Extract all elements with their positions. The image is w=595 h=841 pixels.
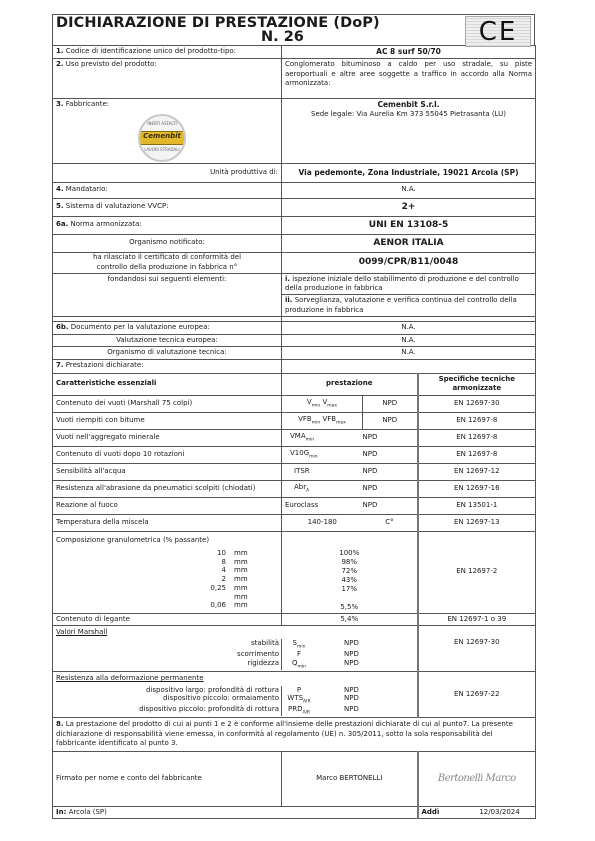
row-binder: Contenuto di legante 5,4% EN 12697-1 o 3… — [53, 613, 536, 625]
characteristic-name: Temperatura della miscela — [53, 514, 282, 531]
passing-percent — [285, 594, 414, 603]
row-eta: Valutazione tecnica europea: N.A. — [53, 334, 536, 346]
eta-value: N.A. — [282, 334, 536, 346]
row-marshall: Valori Marshall stabilitàSminNPDscorrime… — [53, 625, 536, 671]
performance-rows: Contenuto dei vuoti (Marshall 75 colpi)V… — [53, 395, 536, 514]
marshall-row: rigidezzaQminNPD — [56, 659, 413, 670]
passing-percent: 72% — [285, 567, 414, 576]
basis-item: Sorveglianza, valutazione e verifica con… — [285, 296, 517, 313]
performance-row: Vuoti riempiti con bitumeVFBmin VFBmaxNP… — [53, 412, 536, 429]
performance-row: Contenuto dei vuoti (Marshall 75 colpi)V… — [53, 395, 536, 412]
representative-value: N.A. — [282, 182, 536, 198]
notified-body-value: AENOR ITALIA — [282, 234, 536, 252]
row-tab: Organismo di valutazione tecnica: N.A. — [53, 347, 536, 359]
dop-table: 1. Codice di identificazione unico del p… — [52, 45, 536, 819]
avcp-label: Sistema di valutazione VVCP: — [66, 202, 169, 210]
tab-label: Organismo di valutazione tecnica: — [53, 347, 282, 359]
place-value: Arcola (SP) — [69, 808, 107, 816]
property-symbol: P — [282, 686, 317, 695]
sieve-unit: mm — [234, 584, 278, 593]
marshall-row: scorrimentoFNPD — [56, 650, 413, 659]
performance-row: Sensibilità all'acquaITSRNPDEN 12697-12 — [53, 463, 536, 480]
grading-row: 0,25mm — [56, 584, 278, 593]
property-value: NPD — [316, 686, 413, 695]
declared-performance-label: Prestazioni dichiarate: — [66, 361, 144, 369]
performance-value: NPD — [363, 463, 418, 480]
property-value: NPD — [316, 694, 413, 705]
spec-ref: EN 12697-1 o 39 — [418, 613, 536, 625]
property-value: NPD — [316, 659, 413, 670]
declaration-text: La prestazione del prodotto di cui ai pu… — [56, 720, 513, 747]
spec-ref: EN 12697-30 — [418, 625, 536, 671]
basis-item: ispezione iniziale dello stabilimento di… — [285, 275, 519, 292]
property-symbol: PRDAIR — [282, 705, 317, 716]
col-header-specs: Specifiche tecniche armonizzate — [418, 373, 536, 395]
passing-percent: 98% — [285, 558, 414, 567]
spec-ref: EN 12697-8 — [418, 446, 536, 463]
row-grading: Composizione granulometrica (% passante)… — [53, 531, 536, 613]
manufacturer-label: Fabbricante: — [66, 100, 109, 108]
manufacturer-address: Sede legale: Via Aurelia Km 373 55045 Pi… — [285, 110, 532, 119]
characteristic-name: Reazione al fuoco — [53, 497, 282, 514]
representative-label: Mandatario: — [66, 185, 108, 193]
passing-percent: 100% — [285, 549, 414, 558]
performance-symbol: VFBmin VFBmax — [282, 412, 363, 429]
property-symbol: WTSAIR — [282, 694, 317, 705]
date-value: 12/03/2024 — [479, 808, 519, 816]
spec-ref: EN 13501-1 — [418, 497, 536, 514]
sieve-size — [56, 593, 234, 602]
sieve-unit: mm — [234, 575, 278, 584]
row-avcp-system: 5. Sistema di valutazione VVCP: 2+ — [53, 198, 536, 216]
spec-ref: EN 12697-8 — [418, 412, 536, 429]
characteristic-name: Valori Marshall — [56, 628, 414, 637]
performance-row: Resistenza all'abrasione da pneumatici s… — [53, 480, 536, 497]
intended-use-label: Uso previsto del prodotto: — [66, 60, 157, 68]
characteristic-name: Sensibilità all'acqua — [53, 463, 282, 480]
characteristic-name: Contenuto di legante — [53, 613, 282, 625]
row-production-unit: Unità produttiva di: Via pedemonte, Zona… — [53, 163, 536, 182]
property-label: rigidezza — [56, 659, 282, 670]
sieve-unit: mm — [234, 558, 278, 567]
deformation-row: dispositivo piccolo: profondità di rottu… — [56, 705, 413, 716]
certificate-value: 0099/CPR/B11/0048 — [282, 252, 536, 273]
passing-percent: 17% — [285, 585, 414, 594]
property-label: dispositivo piccolo: profondità di rottu… — [56, 705, 282, 716]
grading-row: 10mm — [56, 549, 278, 558]
marshall-row: stabilitàSminNPD — [56, 639, 413, 650]
row-certificate: ha rilasciato il certificato di conformi… — [53, 252, 536, 273]
performance-value: NPD — [363, 412, 418, 429]
performance-symbol: V10Gmin — [282, 446, 363, 463]
row-basis-1: fondandosi sui seguenti elementi: i. isp… — [53, 273, 536, 295]
sieve-size: 8 — [56, 558, 234, 567]
property-value: NPD — [316, 705, 413, 716]
standard-value: UNI EN 13108-5 — [282, 216, 536, 234]
sieve-size: 2 — [56, 575, 234, 584]
spec-ref: EN 12697-2 — [418, 531, 536, 613]
standard-label: Norma armonizzata: — [71, 220, 142, 228]
row-ead: 6b. Documento per la valutazione europea… — [53, 322, 536, 334]
ce-mark-logo: CE — [465, 16, 531, 47]
passing-percent: 5,5% — [285, 603, 414, 612]
dop-document: DICHIARAZIONE DI PRESTAZIONE (DoP) N. 26… — [52, 14, 535, 819]
cemenbit-logo: INERTI ASFALTI Cemenbit LAVORI STRADALI — [138, 114, 186, 162]
row-notified-body: Organismo notificato: AENOR ITALIA — [53, 234, 536, 252]
eta-label: Valutazione tecnica europea: — [53, 334, 282, 346]
performance-value: NPD — [363, 395, 418, 412]
document-header: DICHIARAZIONE DI PRESTAZIONE (DoP) N. 26… — [52, 14, 535, 45]
grading-row: mm — [56, 593, 278, 602]
row-signature: Firmato per nome e conto del fabbricante… — [53, 751, 536, 806]
performance-symbol: AbrA — [282, 480, 363, 497]
performance-symbol: Euroclass — [282, 497, 363, 514]
intended-use-value: Conglomerato bituminoso a caldo per uso … — [282, 59, 536, 99]
property-symbol: Smin — [282, 639, 317, 650]
performance-row: Contenuto di vuoti dopo 10 rotazioniV10G… — [53, 446, 536, 463]
row-harmonised-standard: 6a. Norma armonizzata: UNI EN 13108-5 — [53, 216, 536, 234]
spec-ref: EN 12697-16 — [418, 480, 536, 497]
sieve-unit: mm — [234, 593, 278, 602]
spec-ref: EN 12697-22 — [418, 672, 536, 718]
production-unit-value: Via pedemonte, Zona Industriale, 19021 A… — [282, 163, 536, 182]
characteristic-name: Resistenza alla deformazione permanente — [56, 674, 414, 683]
col-header-performance: prestazione — [282, 373, 418, 395]
sieve-unit: mm — [234, 549, 278, 558]
grading-row: 0,06mm — [56, 601, 278, 610]
binder-value: 5,4% — [282, 613, 418, 625]
property-value: NPD — [316, 639, 413, 650]
performance-value: NPD — [363, 446, 418, 463]
property-label: dispositivo largo: profondità di rottura — [56, 686, 282, 695]
certificate-label: ha rilasciato il certificato di conformi… — [53, 252, 282, 273]
characteristic-name: Contenuto dei vuoti (Marshall 75 colpi) — [53, 395, 282, 412]
performance-table-header: Caratteristiche essenziali prestazione S… — [53, 373, 536, 395]
sieve-unit: mm — [234, 566, 278, 575]
production-unit-label: Unità produttiva di: — [53, 163, 282, 182]
performance-row: Reazione al fuocoEuroclassNPDEN 13501-1 — [53, 497, 536, 514]
characteristic-name: Resistenza all'abrasione da pneumatici s… — [53, 480, 282, 497]
document-title: DICHIARAZIONE DI PRESTAZIONE (DoP) — [56, 15, 380, 31]
spec-ref: EN 12697-8 — [418, 429, 536, 446]
property-value: NPD — [316, 650, 413, 659]
signatory-name: Marco BERTONELLI — [282, 751, 418, 806]
date-label: Addì — [422, 808, 440, 816]
manufacturer-name: Cemenbit S.r.l. — [285, 100, 532, 110]
characteristic-name: Vuoti nell'aggregato minerale — [53, 429, 282, 446]
signature-label: Firmato per nome e conto del fabbricante — [53, 751, 282, 806]
col-header-characteristics: Caratteristiche essenziali — [53, 373, 282, 395]
deformation-row: dispositivo piccolo: ormaiamentoWTSAIRNP… — [56, 694, 413, 705]
characteristic-name: Contenuto di vuoti dopo 10 rotazioni — [53, 446, 282, 463]
row-temperature: Temperatura della miscela 140-180 C° EN … — [53, 514, 536, 531]
row-declaration: 8. La prestazione del prodotto di cui ai… — [53, 718, 536, 751]
row-footer: In: Arcola (SP) Addì12/03/2024 — [53, 806, 536, 818]
characteristic-name: Vuoti riempiti con bitume — [53, 412, 282, 429]
row-manufacturer: 3. Fabbricante: INERTI ASFALTI Cemenbit … — [53, 99, 536, 163]
sieve-size: 10 — [56, 549, 234, 558]
grading-row: 2mm — [56, 575, 278, 584]
passing-percent: 43% — [285, 576, 414, 585]
performance-value: NPD — [363, 429, 418, 446]
ead-value: N.A. — [282, 322, 536, 334]
row-intended-use: 2. Uso previsto del prodotto: Conglomera… — [53, 59, 536, 99]
signature-image: Bertonelli Marco — [418, 751, 536, 806]
ead-label: Documento per la valutazione europea: — [71, 323, 210, 331]
property-label: dispositivo piccolo: ormaiamento — [56, 694, 282, 705]
property-symbol: Qmin — [282, 659, 317, 670]
sieve-size: 4 — [56, 566, 234, 575]
row-product-code: 1. Codice di identificazione unico del p… — [53, 46, 536, 59]
sieve-size: 0,25 — [56, 584, 234, 593]
temperature-unit: C° — [363, 514, 418, 531]
product-code-label: Codice di identificazione unico del prod… — [66, 47, 236, 55]
grading-row: 4mm — [56, 566, 278, 575]
grading-row: 8mm — [56, 558, 278, 567]
performance-value: NPD — [363, 480, 418, 497]
spec-ref: EN 12697-30 — [418, 395, 536, 412]
property-label: scorrimento — [56, 650, 282, 659]
avcp-value: 2+ — [282, 198, 536, 216]
deformation-row: dispositivo largo: profondità di rottura… — [56, 686, 413, 695]
temperature-value: 140-180 — [282, 514, 363, 531]
characteristic-name: Composizione granulometrica (% passante) — [56, 536, 278, 545]
row-deformation: Resistenza alla deformazione permanente … — [53, 672, 536, 718]
document-number: N. 26 — [261, 29, 304, 45]
product-code-value: AC 8 surf 50/70 — [282, 46, 536, 59]
property-label: stabilità — [56, 639, 282, 650]
row-declared-performance: 7. Prestazioni dichiarate: — [53, 359, 536, 373]
sieve-size: 0,06 — [56, 601, 234, 610]
performance-row: Vuoti nell'aggregato mineraleVMAminNPDEN… — [53, 429, 536, 446]
tab-value: N.A. — [282, 347, 536, 359]
property-symbol: F — [282, 650, 317, 659]
basis-label: fondandosi sui seguenti elementi: — [53, 273, 282, 317]
spec-ref: EN 12697-13 — [418, 514, 536, 531]
performance-symbol: Vmin Vmax — [282, 395, 363, 412]
spec-ref: EN 12697-12 — [418, 463, 536, 480]
sieve-unit: mm — [234, 601, 278, 610]
performance-symbol: VMAmin — [282, 429, 363, 446]
row-representative: 4. Mandatario: N.A. — [53, 182, 536, 198]
performance-symbol: ITSR — [282, 463, 363, 480]
notified-body-label: Organismo notificato: — [53, 234, 282, 252]
performance-value: NPD — [363, 497, 418, 514]
